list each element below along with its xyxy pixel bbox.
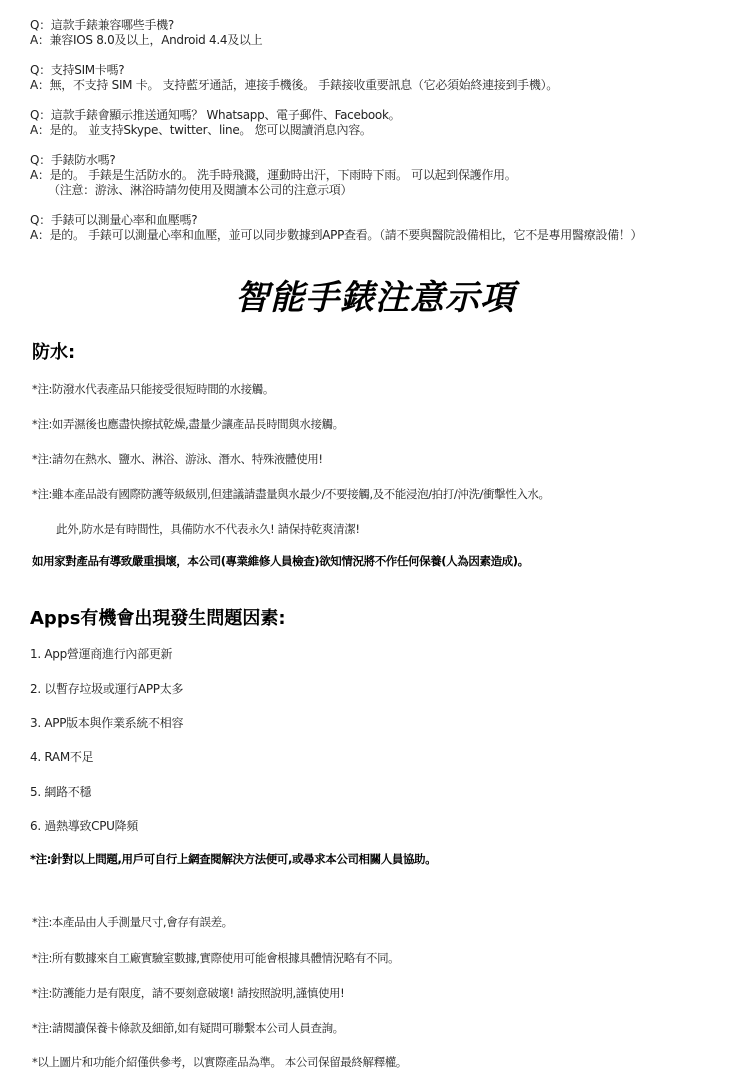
footer-note: *以上圖片和功能介紹僅供參考，以實際產品為準。 本公司保留最終解釋權。 bbox=[32, 1054, 407, 1070]
waterproof-note: *注:如弄濕後也應盡快擦拭乾燥,盡量少讓產品長時間與水接觸。 bbox=[32, 416, 344, 432]
footer-note: *注:本產品由人手測量尺寸,會存有誤差。 bbox=[32, 914, 233, 930]
waterproof-extra: 此外,防水是有時間性，具備防水不代表永久! 請保持乾爽清潔! bbox=[56, 521, 360, 537]
list-item: 5. 網路不穩 bbox=[30, 783, 91, 800]
section-heading-waterproof: 防水: bbox=[32, 338, 75, 364]
faq-question: Q：手錶防水嗎? bbox=[30, 153, 115, 168]
apps-note: *注:針對以上問題,用戶可自行上網查閱解決方法便可,或尋求本公司相關人員協助。 bbox=[30, 851, 436, 867]
list-item: 4. RAM不足 bbox=[30, 748, 93, 765]
section-heading-apps: Apps有機會出現發生問題因素: bbox=[30, 604, 286, 630]
damage-warning: 如用家對產品有導致嚴重損壞，本公司(專業維修人員檢查)欲知情況將不作任何保養(人… bbox=[32, 553, 529, 569]
footer-note: *注:防護能力是有限度，請不要刻意破壞! 請按照說明,謹慎使用! bbox=[32, 985, 344, 1001]
list-item: 6. 過熱導致CPU降頻 bbox=[30, 817, 138, 834]
list-item: 3. APP版本與作業系統不相容 bbox=[30, 714, 183, 731]
faq-answer: A：無，不支持 SIM 卡。 支持藍牙通話，連接手機後。 手錶接收重要訊息（它必… bbox=[30, 78, 558, 93]
waterproof-note: *注:請勿在熱水、鹽水、淋浴、游泳、潛水、特殊液體使用! bbox=[32, 451, 323, 467]
faq-question: Q：這款手錶兼容哪些手機? bbox=[30, 18, 174, 33]
faq-answer: A：是的。 手錶是生活防水的。 洗手時飛濺，運動時出汗，下雨時下雨。 可以起到保… bbox=[30, 168, 516, 183]
faq-answer: A：是的。 並支持Skype、twitter、line。 您可以閱讀消息內容。 bbox=[30, 123, 372, 138]
faq-question: Q：這款手錶會顯示推送通知嗎？ Whatsapp、電子郵件、Facebook。 bbox=[30, 108, 400, 123]
faq-answer-note: （注意：游泳、淋浴時請勿使用及閱讀本公司的注意示項） bbox=[48, 183, 352, 198]
list-item: 1. App營運商進行內部更新 bbox=[30, 645, 172, 662]
faq-answer: A：兼容IOS 8.0及以上，Android 4.4及以上 bbox=[30, 33, 262, 48]
footer-note: *注:所有數據來自工廠實驗室數據,實際使用可能會根據具體情況略有不同。 bbox=[32, 950, 399, 966]
faq-question: Q：支持SIM卡嗎? bbox=[30, 63, 124, 78]
faq-question: Q：手錶可以測量心率和血壓嗎? bbox=[30, 213, 197, 228]
faq-answer: A：是的。 手錶可以測量心率和血壓，並可以同步數據到APP查看。（請不要與醫院設… bbox=[30, 228, 642, 243]
waterproof-note: *注:防潑水代表產品只能接受很短時間的水接觸。 bbox=[32, 381, 274, 397]
waterproof-note: *注:雖本產品設有國際防護等級級別,但建議請盡量與水最少/不要接觸,及不能浸泡/… bbox=[32, 486, 550, 502]
page-title: 智能手錶注意示項 bbox=[0, 270, 750, 319]
footer-note: *注:請閱讀保養卡條款及細節,如有疑問可聯繫本公司人員查詢。 bbox=[32, 1020, 344, 1036]
list-item: 2. 以暫存垃圾或運行APP太多 bbox=[30, 680, 183, 697]
